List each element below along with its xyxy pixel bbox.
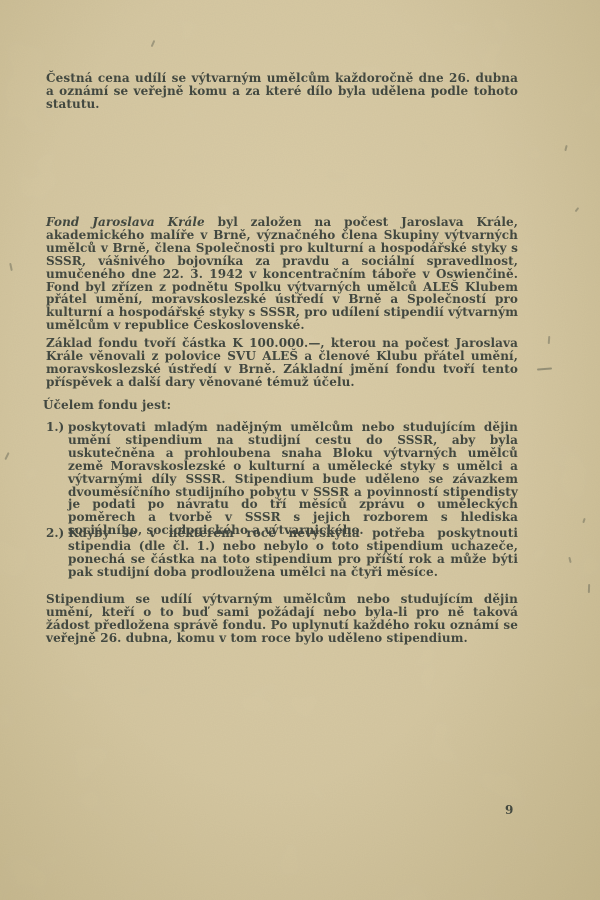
paper-speck (537, 367, 552, 370)
paper-speck (548, 336, 550, 344)
paper-speck (9, 263, 12, 271)
purpose-heading: Účelem fondu jest: (43, 399, 171, 412)
paper-speck (582, 518, 585, 523)
paper-speck (588, 584, 590, 593)
document-page: Čestná cena udílí se výtvarným umělcům k… (0, 0, 600, 900)
purpose-item-2-number: 2.) (46, 527, 68, 540)
fond-title-italic: Fond Jaroslava Krále (46, 215, 205, 229)
purpose-item-2: 2.) Kdyby se v některém roce nevyskytla … (46, 527, 518, 579)
basis-paragraph: Základ fondu tvoří částka K 100.000.—, k… (46, 337, 518, 389)
paper-speck (4, 452, 9, 460)
fond-paragraph: Fond Jaroslava Krále byl založen na poče… (46, 216, 518, 332)
paper-speck (575, 207, 579, 212)
purpose-item-1-number: 1.) (46, 421, 68, 434)
purpose-item-2-text: Kdyby se v některém roce nevyskytla potř… (68, 527, 518, 579)
page-number: 9 (505, 804, 514, 817)
fond-paragraph-text: byl založen na počest Jaroslava Krále, a… (46, 215, 518, 332)
paper-speck (564, 145, 567, 151)
paper-speck (151, 40, 155, 47)
purpose-item-1-text: poskytovati mladým nadějným umělcům nebo… (68, 421, 518, 537)
purpose-item-1: 1.) poskytovati mladým nadějným umělcům … (46, 421, 518, 537)
closing-paragraph: Stipendium se udílí výtvarným umělcům ne… (46, 593, 518, 645)
intro-paragraph: Čestná cena udílí se výtvarným umělcům k… (46, 72, 518, 111)
paper-speck (568, 557, 571, 563)
